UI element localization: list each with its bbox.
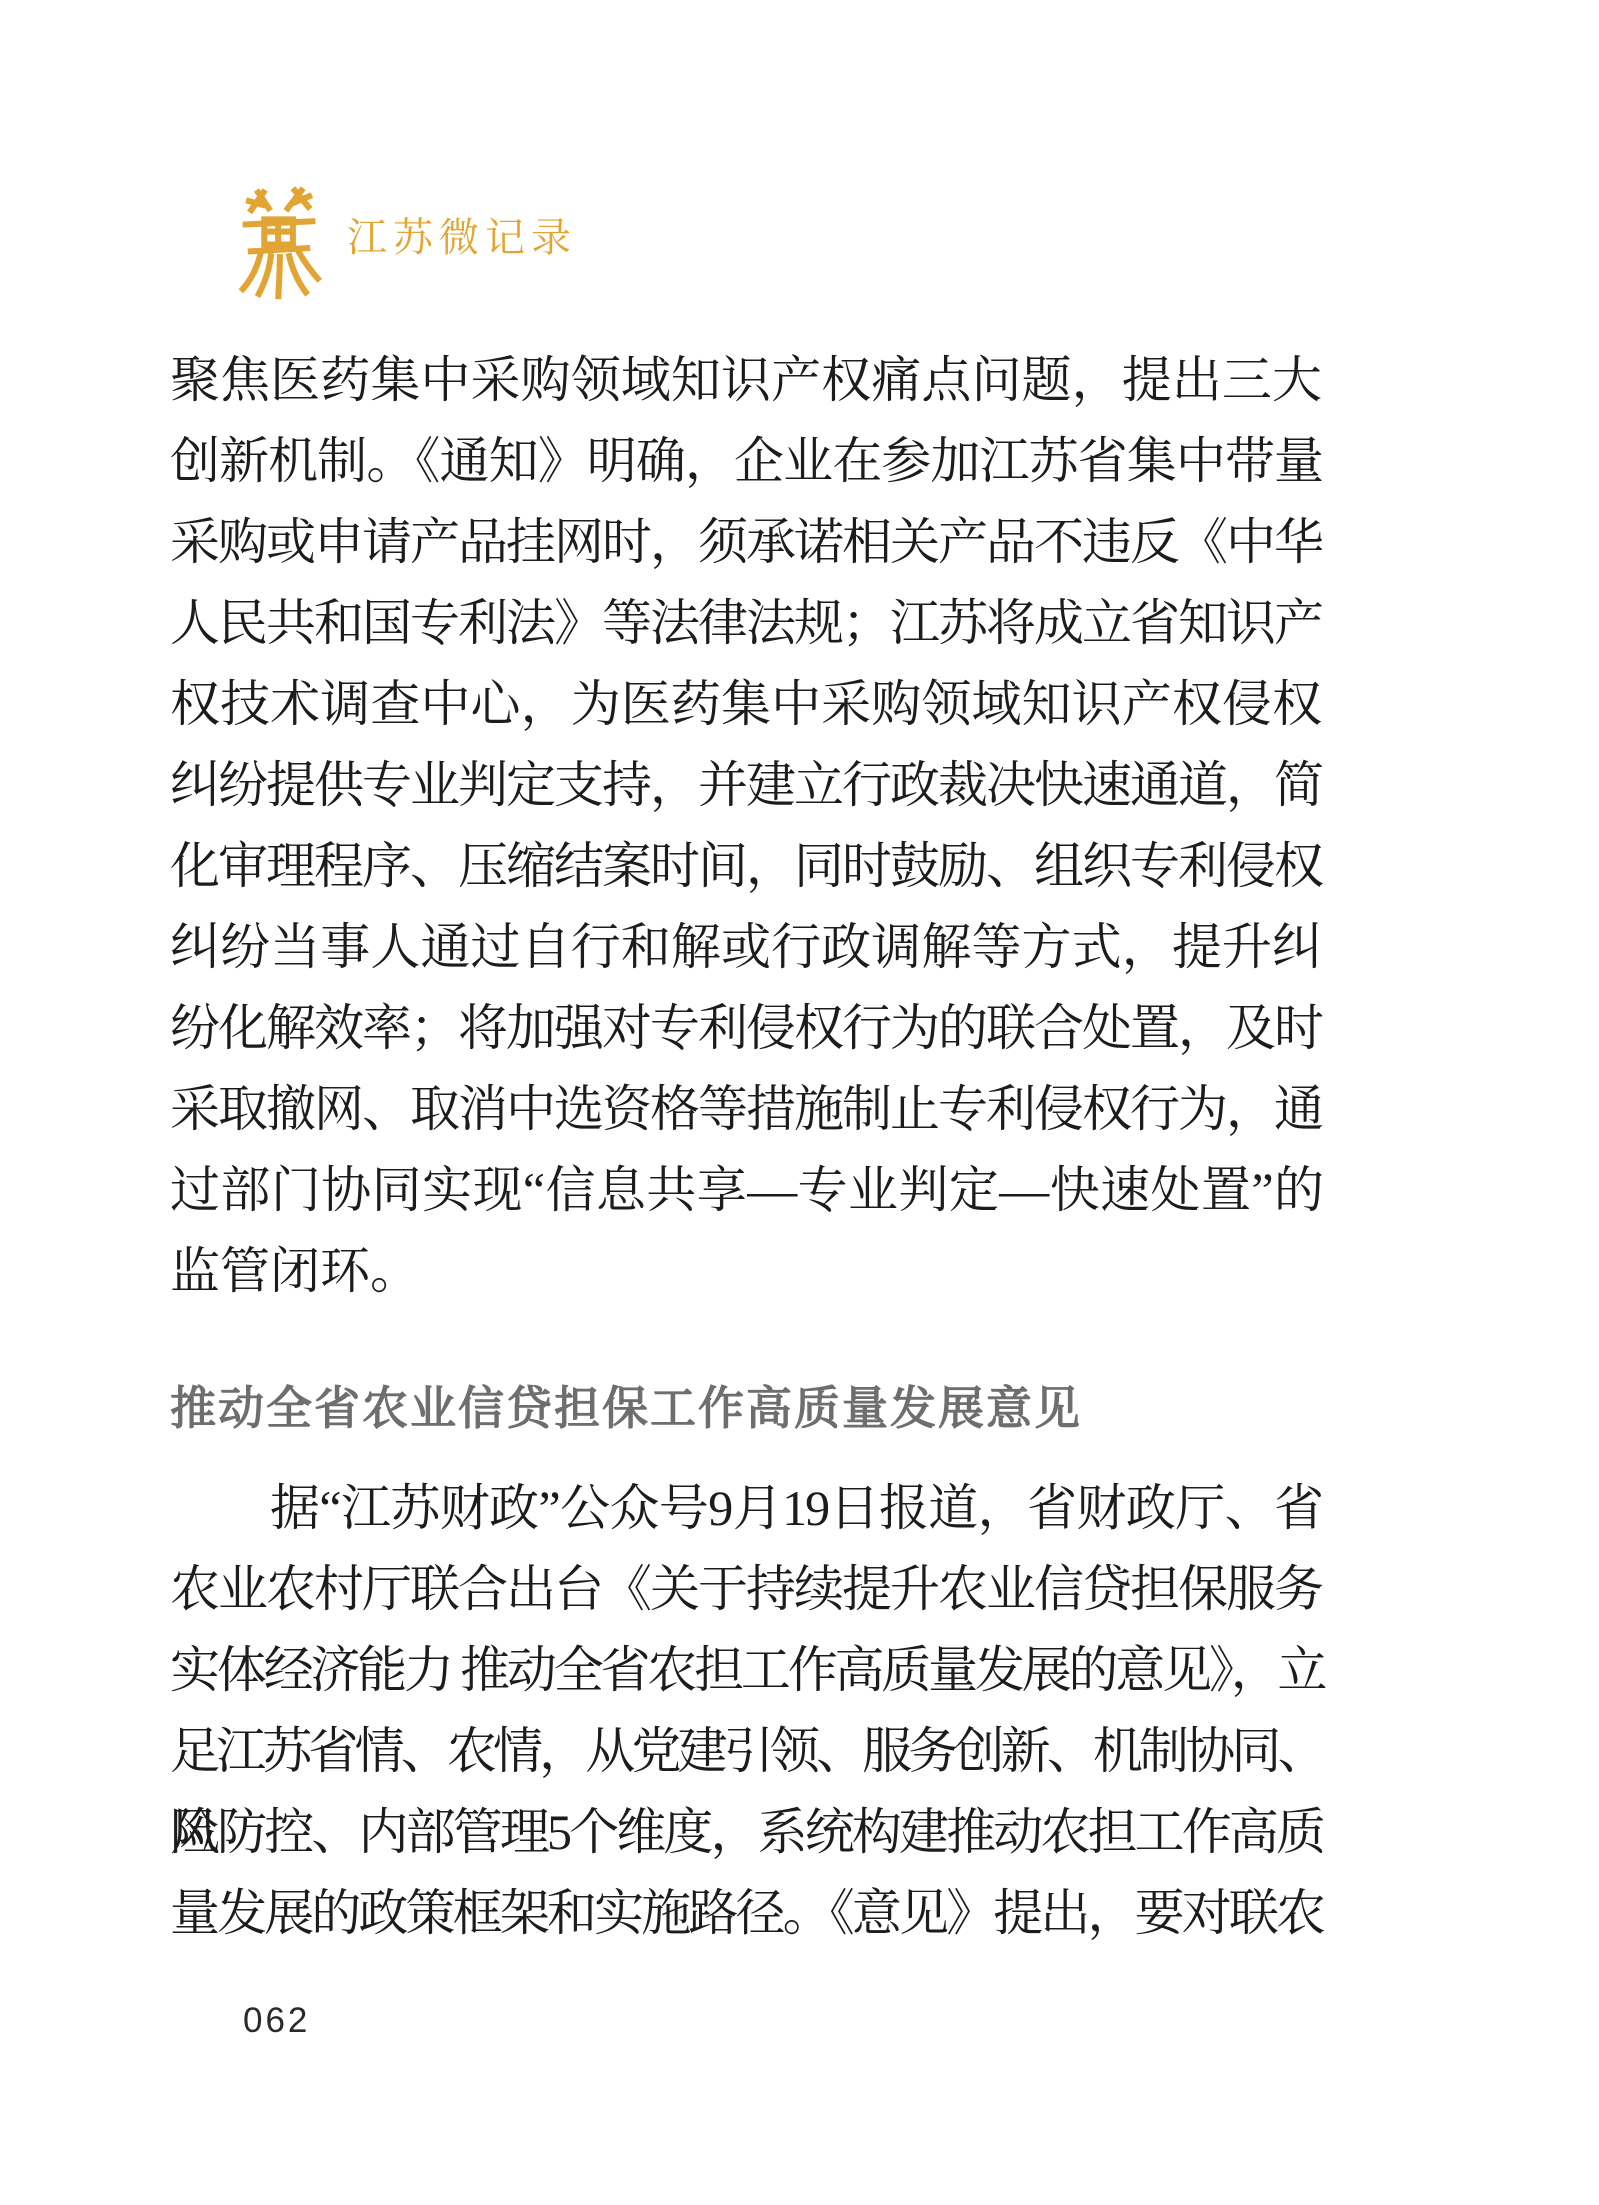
paragraph-2: 据“江苏财政”公众号9月19日报道，省财政厅、省 农业农村厅联合出台《关于持续提… xyxy=(170,1468,1322,1954)
book-page: 江苏微记录 聚焦医药集中采购领域知识产权痛点问题，提出三大 创新机制。《通知》明… xyxy=(0,0,1599,2205)
body-line: 纠纷当事人通过自行和解或行政调解等方式，提升纠 xyxy=(170,907,1322,988)
body-line: 量发展的政策框架和实施路径。《意见》提出，要对联农 xyxy=(170,1873,1322,1954)
body-line: 纷化解效率；将加强对专利侵权行为的联合处置，及时 xyxy=(170,988,1322,1069)
body-line: 采取撤网、取消中选资格等措施制止专利侵权行为，通 xyxy=(170,1069,1322,1150)
jiangsu-seal-logo xyxy=(233,183,325,313)
body-line: 监管闭环。 xyxy=(170,1231,1322,1312)
paragraph-1: 聚焦医药集中采购领域知识产权痛点问题，提出三大 创新机制。《通知》明确，企业在参… xyxy=(170,340,1322,1312)
body-line: 过部门协同实现“信息共享—专业判定—快速处置”的 xyxy=(170,1150,1322,1231)
body-line: 权技术调查中心，为医药集中采购领域知识产权侵权 xyxy=(170,664,1322,745)
body-line: 化审理程序、压缩结案时间，同时鼓励、组织专利侵权 xyxy=(170,826,1322,907)
body-line: 人民共和国专利法》等法律法规；江苏将成立省知识产 xyxy=(170,583,1322,664)
body-line: 据“江苏财政”公众号9月19日报道，省财政厅、省 xyxy=(170,1468,1322,1549)
body-line: 足江苏省情、农情，从党建引领、服务创新、机制协同、风 xyxy=(170,1711,1322,1792)
brand-title: 江苏微记录 xyxy=(347,206,577,263)
body-line: 聚焦医药集中采购领域知识产权痛点问题，提出三大 xyxy=(170,340,1322,421)
body-line: 创新机制。《通知》明确，企业在参加江苏省集中带量 xyxy=(170,421,1322,502)
body-line: 采购或申请产品挂网时，须承诺相关产品不违反《中华 xyxy=(170,502,1322,583)
seal-character-icon xyxy=(233,300,325,317)
body-line: 险防控、内部管理5个维度，系统构建推动农担工作高质 xyxy=(170,1792,1322,1873)
section-heading: 推动全省农业信贷担保工作高质量发展意见 xyxy=(170,1372,1082,1438)
page-number: 062 xyxy=(243,2001,310,2041)
body-line: 纠纷提供专业判定支持，并建立行政裁决快速通道，简 xyxy=(170,745,1322,826)
body-line: 实体经济能力 推动全省农担工作高质量发展的意见》，立 xyxy=(170,1630,1322,1711)
body-line: 农业农村厅联合出台《关于持续提升农业信贷担保服务 xyxy=(170,1549,1322,1630)
